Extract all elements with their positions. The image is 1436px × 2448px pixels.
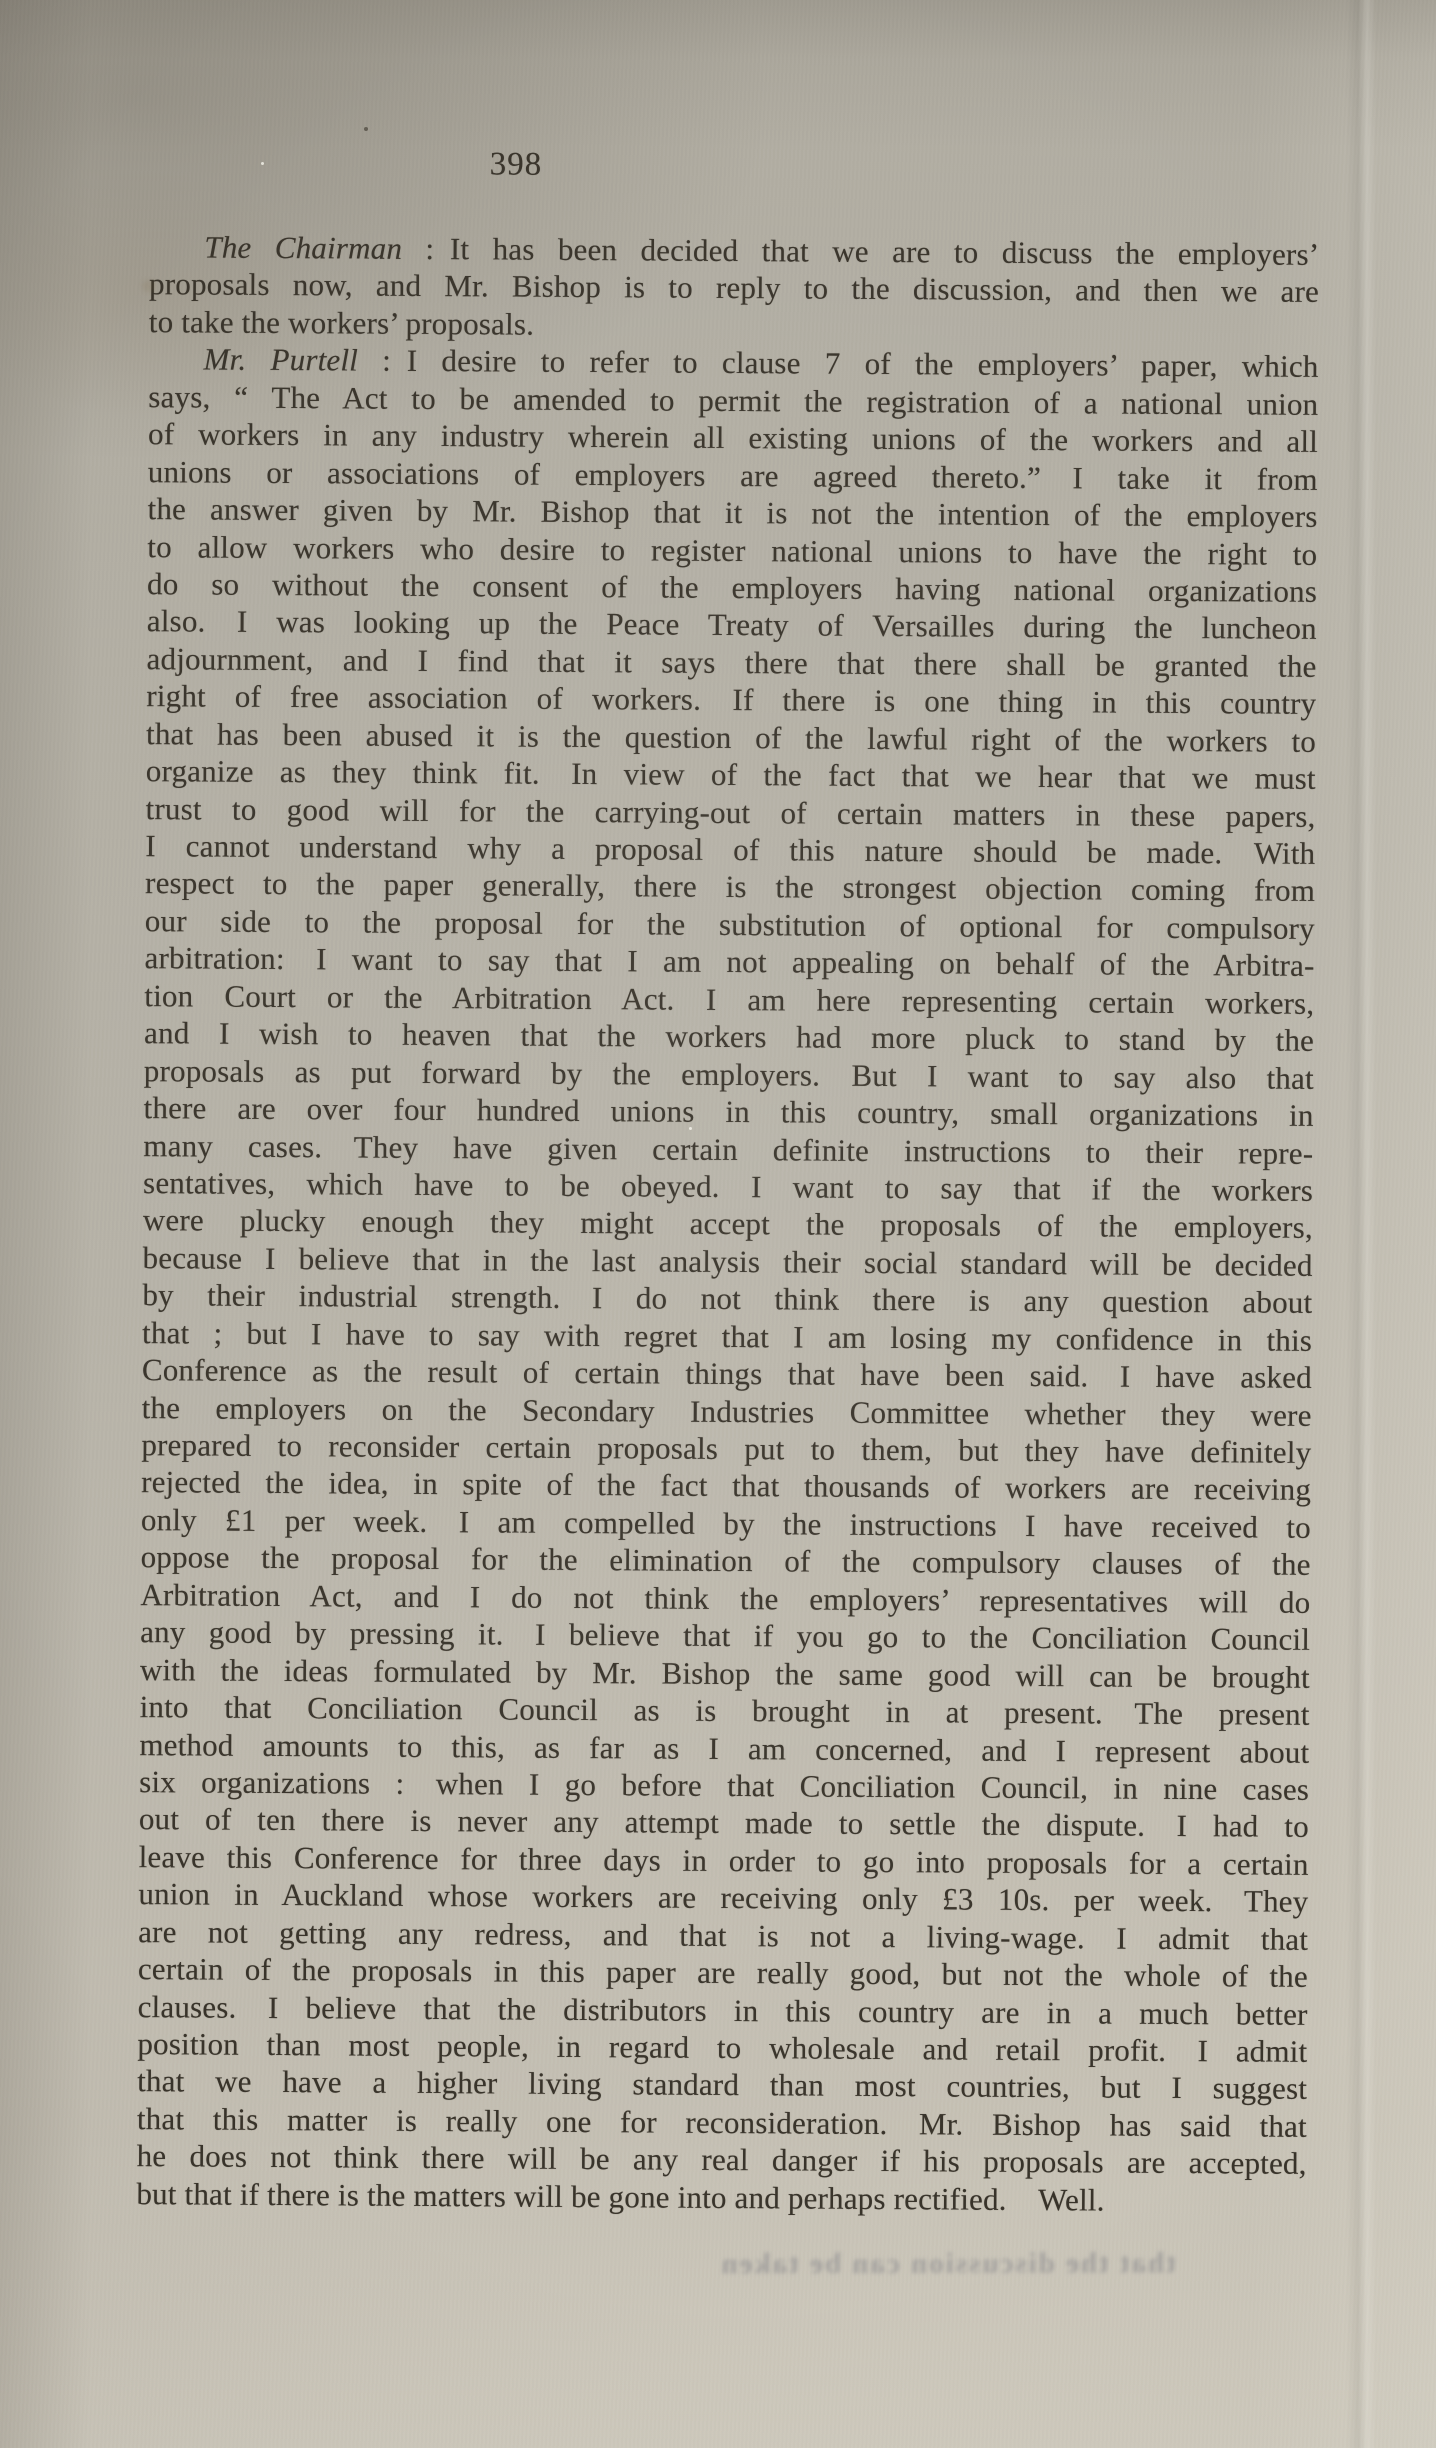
dust-speck [364,127,368,131]
speaker-name: Mr. Purtell [203,342,358,378]
dust-speck [689,1127,692,1130]
dust-speck [1090,1600,1100,1609]
page-crease [1346,0,1376,2448]
printed-text-area: 398 The Chairman : It has been decided t… [135,144,1320,2352]
text-line: but that if there is the matters will be… [136,2175,1306,2220]
page-number: 398 [466,146,566,184]
body-text: The Chairman : It has been decided that … [136,228,1319,2220]
bleedthrough-text: that the discussion can be taken [736,2247,1176,2281]
dust-speck [261,162,264,165]
scanned-book-page: 398 The Chairman : It has been decided t… [0,0,1436,2448]
speaker-name: The Chairman [204,229,402,265]
dust-speck [142,280,156,292]
